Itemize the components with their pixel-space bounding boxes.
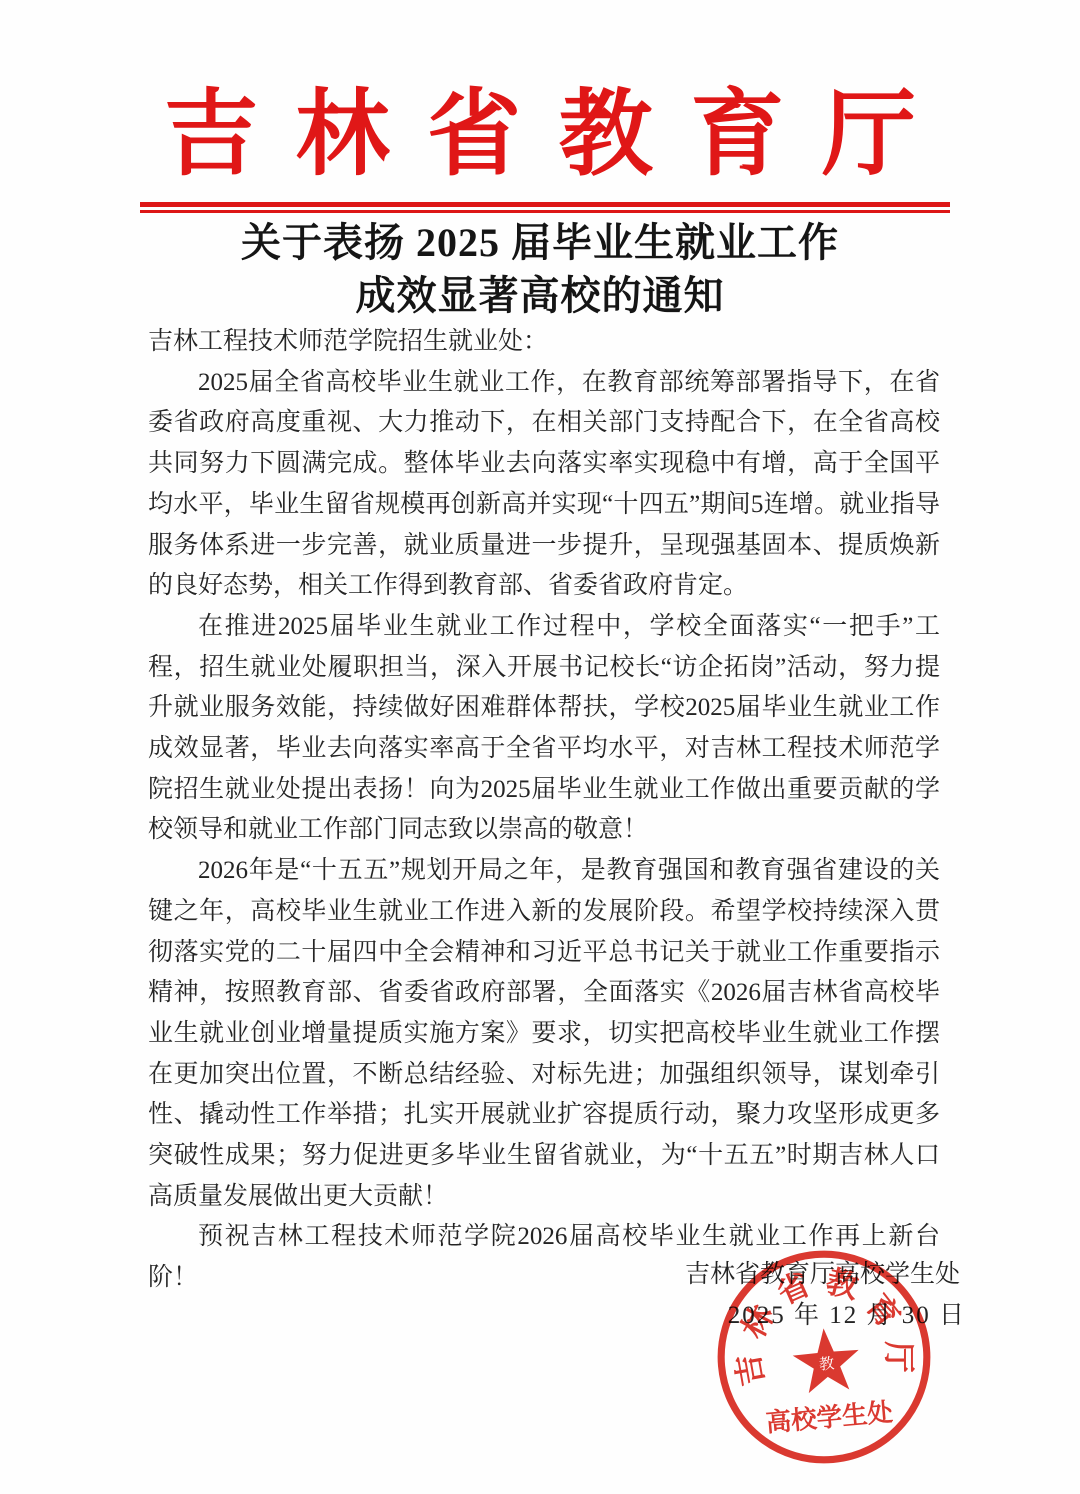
document-title-line1: 关于表扬 2025 届毕业生就业工作 (0, 216, 1080, 269)
signature-department: 吉林省教育厅高校学生处 (685, 1254, 960, 1295)
letterhead-title: 吉林省教育厅 (0, 84, 1080, 187)
seal-star-emblem: 教 (818, 1355, 835, 1373)
paragraph-1: 2025届全省高校毕业生就业工作，在教育部统筹部署指导下，在省委省政府高度重视、… (148, 363, 940, 607)
signature-date: 2025 年 12 月 30 日 (685, 1295, 966, 1336)
seal-bottom-text: 高校学生处 (765, 1397, 895, 1437)
paragraph-3: 2026年是“十五五”规划开局之年，是教育强国和教育强省建设的关键之年，高校毕业… (148, 851, 940, 1217)
paragraph-2: 在推进2025届毕业生就业工作过程中，学校全面落实“一把手”工程，招生就业处履职… (148, 607, 940, 851)
document-title: 关于表扬 2025 届毕业生就业工作 成效显著高校的通知 (0, 216, 1080, 322)
signature-block: 吉林省教育厅高校学生处 2025 年 12 月 30 日 (685, 1254, 960, 1336)
official-letter-page: 吉林省教育厅 关于表扬 2025 届毕业生就业工作 成效显著高校的通知 吉林工程… (0, 0, 1080, 1494)
letter-body: 吉林工程技术师范学院招生就业处： 2025届全省高校毕业生就业工作，在教育部统筹… (148, 322, 940, 1299)
document-title-line2: 成效显著高校的通知 (0, 269, 1080, 322)
red-divider (140, 202, 950, 213)
seal-arc-char: 吉 (731, 1351, 771, 1388)
salutation: 吉林工程技术师范学院招生就业处： (148, 322, 940, 363)
seal-arc-char: 厅 (881, 1341, 916, 1373)
